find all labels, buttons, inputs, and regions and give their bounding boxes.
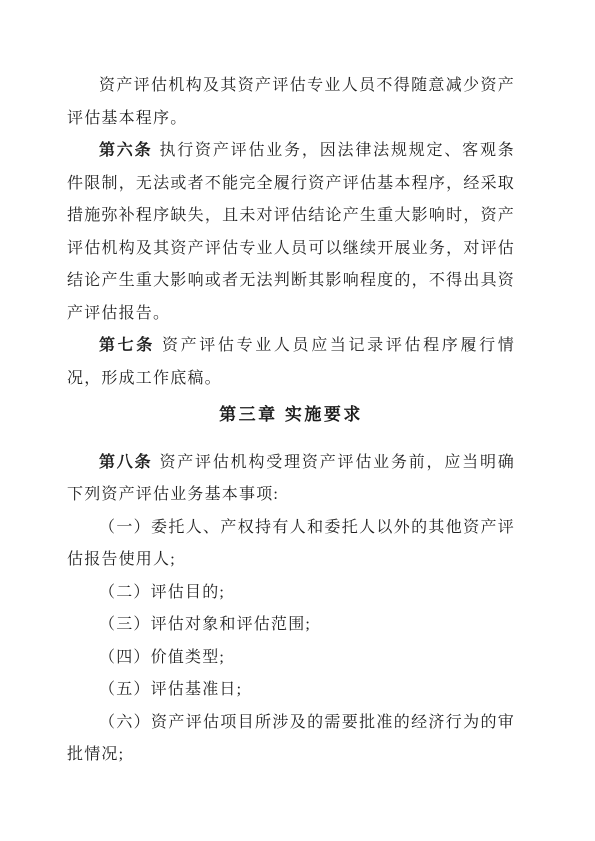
article-number: 第六条 <box>99 142 152 159</box>
paragraph-text: （三）评估对象和评估范围; <box>99 616 311 633</box>
paragraph: （六）资产评估项目所涉及的需要批准的经济行为的审批情况; <box>67 707 515 772</box>
paragraph-text: 资产评估机构及其资产评估专业人员不得随意减少资产评估基本程序。 <box>67 77 515 127</box>
paragraph-text: （二）评估目的; <box>99 584 225 601</box>
paragraph: （五）评估基准日; <box>67 674 515 707</box>
paragraph-text: （六）资产评估项目所涉及的需要批准的经济行为的审批情况; <box>67 714 515 764</box>
paragraph: （四）价值类型; <box>67 642 515 675</box>
paragraph: （二）评估目的; <box>67 577 515 610</box>
chapter-heading: 第三章 实施要求 <box>67 399 515 432</box>
paragraph-text: 执行资产评估业务，因法律法规规定、客观条件限制，无法或者不能完全履行资产评估基本… <box>67 142 515 322</box>
paragraph: 第七条资产评估专业人员应当记录评估程序履行情况，形成工作底稿。 <box>67 330 515 395</box>
document-page: 资产评估机构及其资产评估专业人员不得随意减少资产评估基本程序。 第六条执行资产评… <box>0 0 595 841</box>
article-number: 第七条 <box>99 337 155 354</box>
paragraph-text: （四）价值类型; <box>99 649 225 666</box>
paragraph-text: （五）评估基准日; <box>99 681 242 698</box>
paragraph: 第六条执行资产评估业务，因法律法规规定、客观条件限制，无法或者不能完全履行资产评… <box>67 135 515 330</box>
paragraph: （一）委托人、产权持有人和委托人以外的其他资产评估报告使用人; <box>67 512 515 577</box>
document-body: 资产评估机构及其资产评估专业人员不得随意减少资产评估基本程序。 第六条执行资产评… <box>67 70 515 772</box>
article-number: 第八条 <box>99 454 152 471</box>
paragraph: （三）评估对象和评估范围; <box>67 609 515 642</box>
paragraph: 第八条资产评估机构受理资产评估业务前，应当明确下列资产评估业务基本事项: <box>67 447 515 512</box>
paragraph-text: （一）委托人、产权持有人和委托人以外的其他资产评估报告使用人; <box>67 519 515 569</box>
paragraph: 资产评估机构及其资产评估专业人员不得随意减少资产评估基本程序。 <box>67 70 515 135</box>
